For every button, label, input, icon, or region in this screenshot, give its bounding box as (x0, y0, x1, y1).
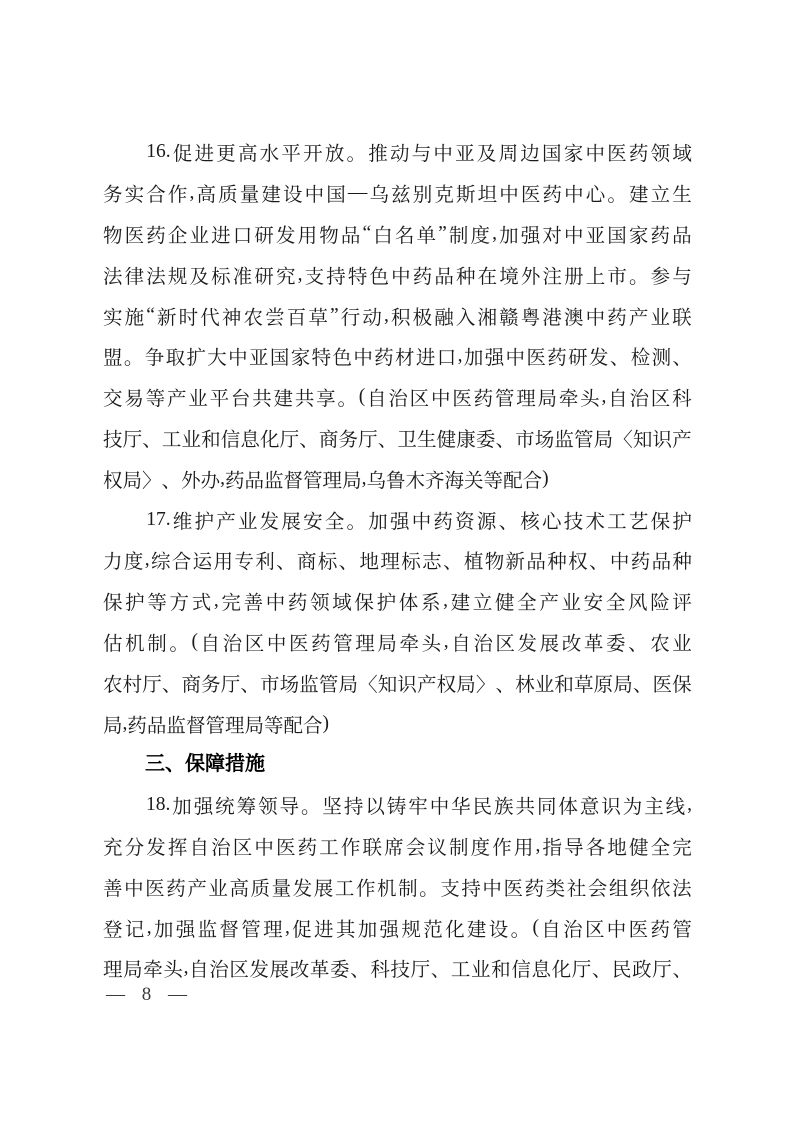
item-17-paragraph: 17.维护产业发展安全。加强中药资源、核心技术工艺保护力度,综合运用专利、商标、… (103, 499, 692, 744)
text-line: 力度,综合运用专利、商标、地理标志、植物新品种权、中药品种 (103, 540, 692, 581)
text-line: 盟。争取扩大中亚国家特色中药材进口,加强中医药研发、检测、 (103, 336, 692, 377)
text-line: 善中医药产业高质量发展工作机制。支持中医药类社会组织依法 (103, 866, 692, 907)
document-page: 16.促进更高水平开放。推动与中亚及周边国家中医药领域务实合作,高质量建设中国—… (0, 0, 793, 1122)
text-line: 交易等产业平台共建共享。(自治区中医药管理局牵头,自治区科 (103, 377, 692, 418)
item-18-paragraph: 18.加强统筹领导。坚持以铸牢中华民族共同体意识为主线,充分发挥自治区中医药工作… (103, 785, 692, 989)
page-footer: — 8 — (106, 984, 189, 1006)
document-body: 16.促进更高水平开放。推动与中亚及周边国家中医药领域务实合作,高质量建设中国—… (103, 132, 692, 989)
text-line: 物医药企业进口研发用物品“白名单”制度,加强对中亚国家药品 (103, 214, 692, 255)
first-line-indent (103, 519, 144, 520)
text-line: 保护等方式,完善中药领域保护体系,建立健全产业安全风险评 (103, 581, 692, 622)
text-line: 务实合作,高质量建设中国—乌兹别克斯坦中医药中心。建立生 (103, 173, 692, 214)
text-line: 局,药品监督管理局等配合) (103, 703, 692, 744)
section-3-heading: 三、保障措施 (103, 744, 692, 785)
text-line: 17.维护产业发展安全。加强中药资源、核心技术工艺保护 (103, 499, 692, 540)
text-line: 农村厅、商务厅、市场监管局〈知识产权局〉、林业和草原局、医保 (103, 662, 692, 703)
text-line: 理局牵头,自治区发展改革委、科技厅、工业和信息化厅、民政厅、 (103, 948, 692, 989)
text-line: 实施“新时代神农尝百草”行动,积极融入湘赣粤港澳中药产业联 (103, 295, 692, 336)
text-line: 法律法规及标准研究,支持特色中药品种在境外注册上市。参与 (103, 254, 692, 295)
text-line: 充分发挥自治区中医药工作联席会议制度作用,指导各地健全完 (103, 826, 692, 867)
text-line: 技厅、工业和信息化厅、商务厅、卫生健康委、市场监管局〈知识产 (103, 418, 692, 459)
text-line: 登记,加强监督管理,促进其加强规范化建设。(自治区中医药管 (103, 907, 692, 948)
page-number: — 8 — (106, 984, 189, 1005)
text-line: 估机制。(自治区中医药管理局牵头,自治区发展改革委、农业 (103, 622, 692, 663)
first-line-indent (103, 152, 144, 153)
text-line: 权局〉、外办,药品监督管理局,乌鲁木齐海关等配合) (103, 458, 692, 499)
text-line: 16.促进更高水平开放。推动与中亚及周边国家中医药领域 (103, 132, 692, 173)
item-16-paragraph: 16.促进更高水平开放。推动与中亚及周边国家中医药领域务实合作,高质量建设中国—… (103, 132, 692, 499)
text-line: 18.加强统筹领导。坚持以铸牢中华民族共同体意识为主线, (103, 785, 692, 826)
first-line-indent (103, 805, 144, 806)
